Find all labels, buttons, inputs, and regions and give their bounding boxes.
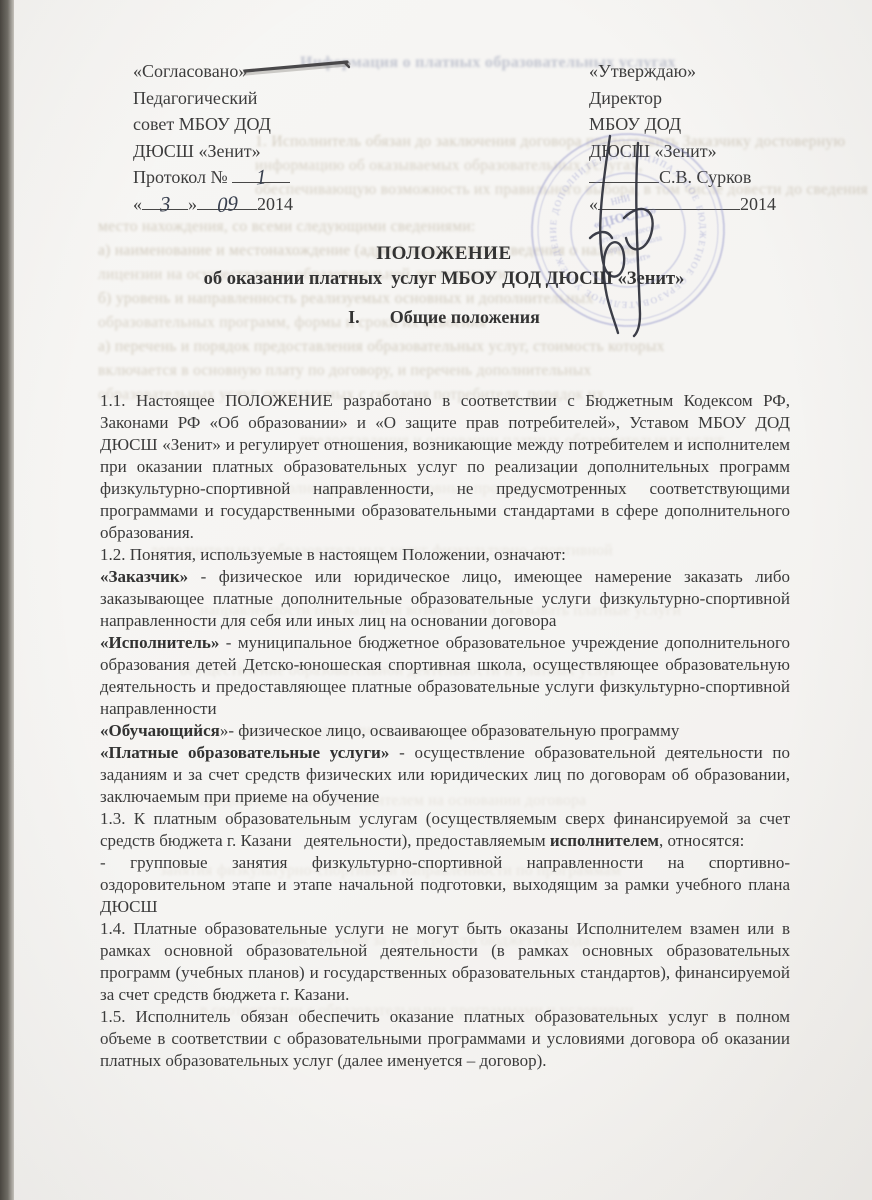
term-bold: исполнителем <box>550 831 659 850</box>
handwritten-month: 09 <box>216 194 237 213</box>
approval-right-line: «Утверждаю» <box>589 58 776 85</box>
approval-left-line: ДЮСШ «Зенит» <box>133 138 293 165</box>
paragraph-text: 1.5. Исполнитель обязан обеспечить оказа… <box>100 1007 790 1070</box>
paragraph-text: 1.2. Понятия, используемые в настоящем П… <box>100 545 566 564</box>
ghost-bleed-line: б) уровень и направленность реализуемых … <box>98 290 594 308</box>
paragraph-text: 1.1. Настоящее ПОЛОЖЕНИЕ разработано в с… <box>100 391 790 542</box>
term-bold: «Обучающийся <box>100 721 220 740</box>
paragraph: 1.3. К платным образовательным услугам (… <box>100 808 790 852</box>
ghost-bleed-line: включается в основную плату по договору,… <box>98 362 592 380</box>
paragraph: - групповые занятия физкультурно-спортив… <box>100 852 790 918</box>
term-bold: «Заказчик» <box>100 567 188 586</box>
year-right: 2014 <box>740 194 776 214</box>
signature-ink <box>560 118 700 348</box>
approval-right-line: Директор <box>589 85 776 112</box>
protocol-number-line: 1 <box>232 164 290 183</box>
paragraph: 1.5. Исполнитель обязан обеспечить оказа… <box>100 1006 790 1072</box>
section-number: I. <box>348 307 360 327</box>
body-paragraphs: 1.1. Настоящее ПОЛОЖЕНИЕ разработано в с… <box>100 390 790 1072</box>
staple-icon <box>238 52 358 82</box>
protocol-label: Протокол № <box>133 167 228 187</box>
section-title: Общие положения <box>390 307 540 327</box>
paragraph: 1.4. Платные образовательные услуги не м… <box>100 918 790 1006</box>
paragraph: 1.2. Понятия, используемые в настоящем П… <box>100 544 790 566</box>
year-left: 2014 <box>257 194 293 214</box>
ghost-bleed-line: место нахождения, со всеми следующими св… <box>98 218 476 236</box>
paragraph: «Обучающийся»- физическое лицо, осваиваю… <box>100 720 790 742</box>
paragraph-text: , относятся: <box>659 831 744 850</box>
paragraph-text: »- физическое лицо, осваивающее образова… <box>220 721 679 740</box>
month-line: 09 <box>197 191 257 210</box>
protocol-line: Протокол № 1 <box>133 164 293 191</box>
paragraph: «Платные образовательные услуги» - осуще… <box>100 742 790 808</box>
paragraph-text: - групповые занятия физкультурно-спортив… <box>100 853 790 916</box>
approval-left-line: совет МБОУ ДОД <box>133 111 293 138</box>
paragraph: «Заказчик» - физическое или юридическое … <box>100 566 790 632</box>
day-line: 3 <box>142 191 188 210</box>
term-bold: «Исполнитель» <box>100 633 219 652</box>
term-bold: «Платные образовательные услуги» <box>100 743 389 762</box>
handwritten-protocol-number: 1 <box>256 168 267 185</box>
quote-close: » <box>188 194 197 214</box>
handwritten-day: 3 <box>160 195 171 212</box>
paragraph-text: 1.4. Платные образовательные услуги не м… <box>100 919 790 1004</box>
quote-open: « <box>133 194 142 214</box>
paragraph: 1.1. Настоящее ПОЛОЖЕНИЕ разработано в с… <box>100 390 790 544</box>
date-line-left: «3»092014 <box>133 191 293 218</box>
paragraph-text: - физическое или юридическое лицо, имеющ… <box>100 567 790 630</box>
approval-left-line: Педагогический <box>133 85 293 112</box>
paragraph: «Исполнитель» - муниципальное бюджетное … <box>100 632 790 720</box>
